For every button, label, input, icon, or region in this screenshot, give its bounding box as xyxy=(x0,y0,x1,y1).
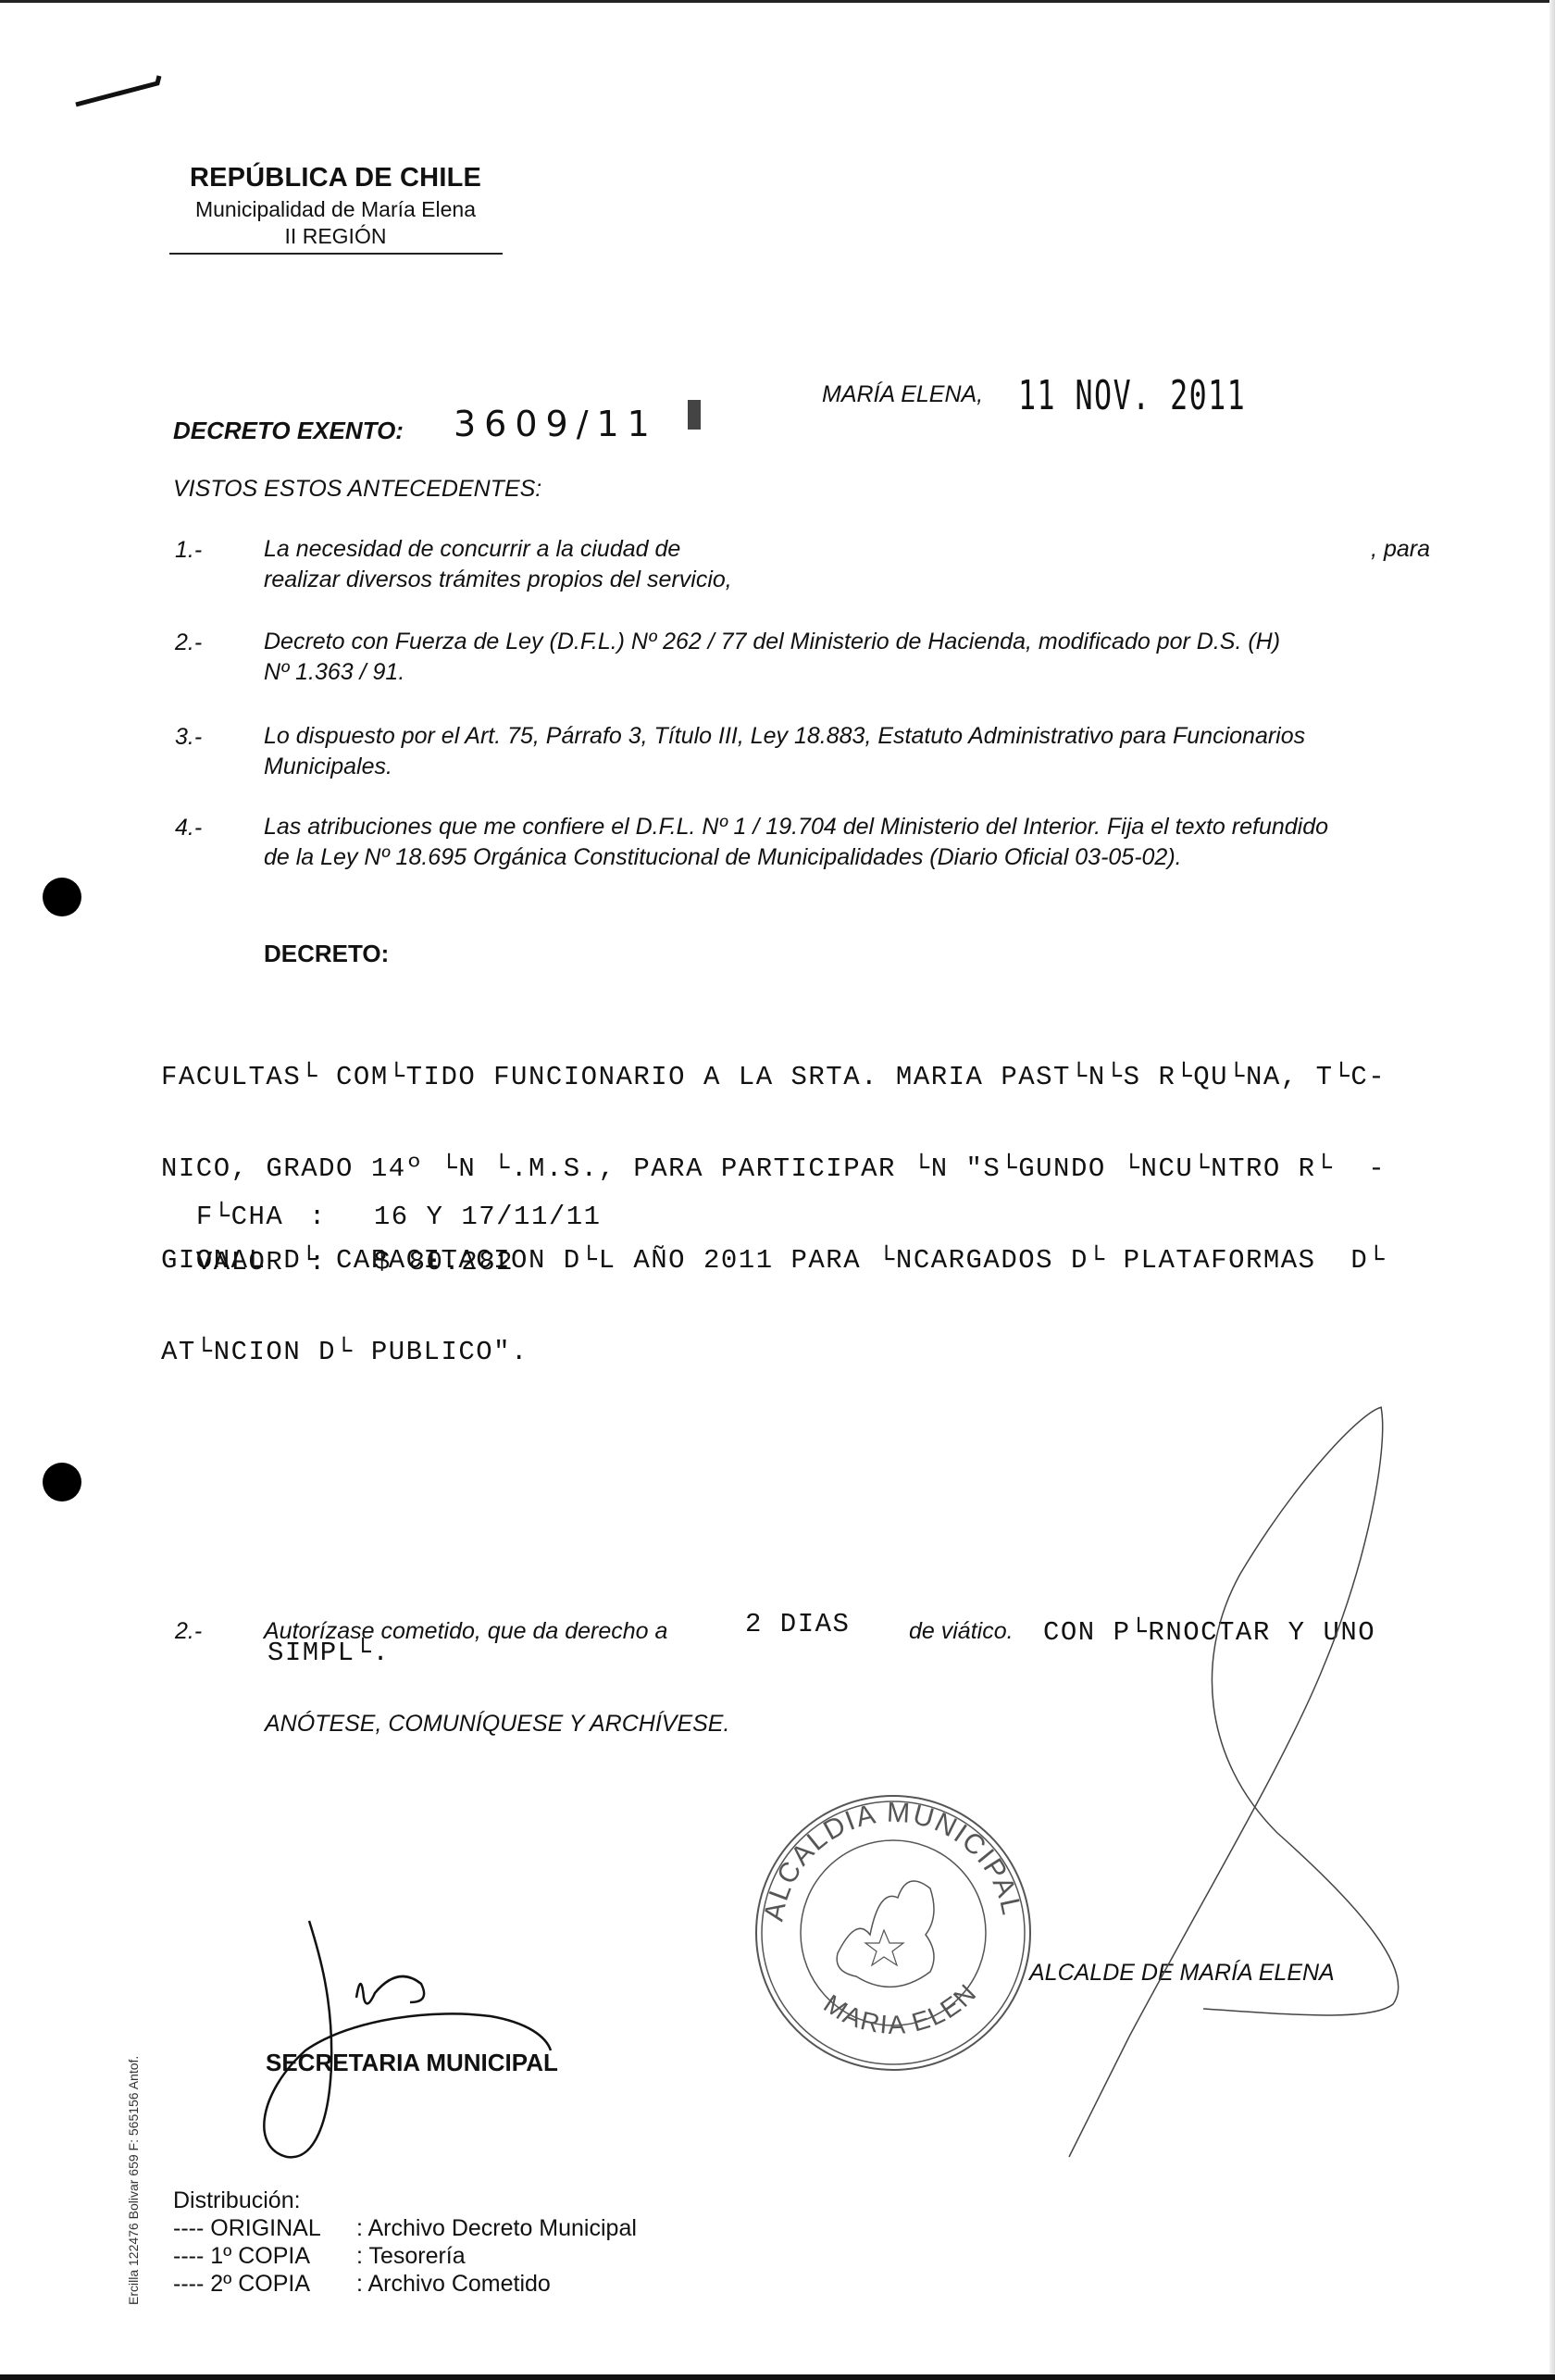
staple-mark-icon xyxy=(76,76,159,105)
svg-text:MARIA ELENA: MARIA ELENA xyxy=(0,0,983,2039)
secretary-signature-icon xyxy=(264,1921,551,2157)
ink-overlay: ALCALDIA MUNICIPAL MARIA ELENA xyxy=(0,0,1555,2380)
municipal-seal-icon: ALCALDIA MUNICIPAL MARIA ELENA xyxy=(0,0,1030,2070)
mayor-signature-icon xyxy=(1069,1407,1399,2157)
svg-text:ALCALDIA MUNICIPAL: ALCALDIA MUNICIPAL xyxy=(758,1798,1026,1924)
